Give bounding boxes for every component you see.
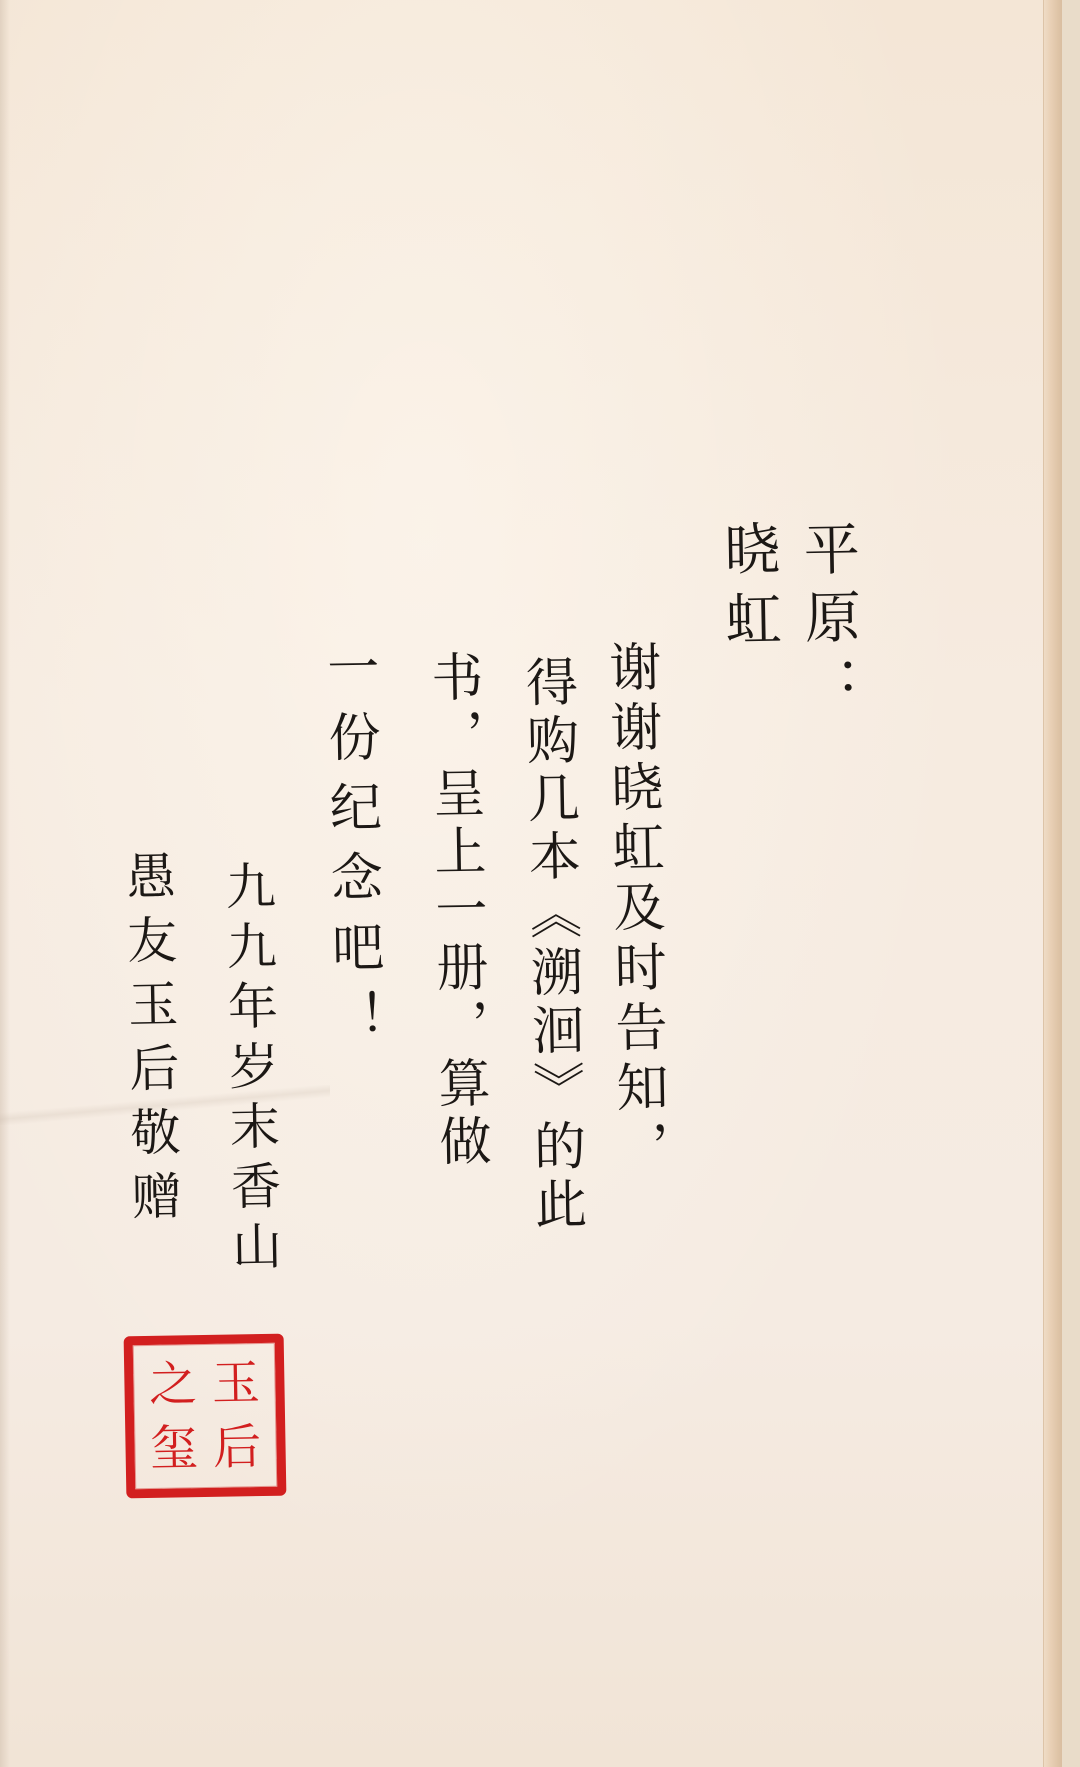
binding-shadow [0,0,10,1767]
page-edge [1043,0,1062,1767]
inscription-body-line-3: 书，呈上一册，算做 [425,650,486,1173]
seal-char-3: 之 [141,1352,205,1417]
inscription-body-line-1: 谢谢晓虹及时告知， [603,640,664,1181]
red-seal-stamp: 玉 后 之 玺 [124,1334,287,1499]
inscription-body-line-2: 得购几本《溯洄》的此 [520,655,582,1236]
inscription-body-line-4: 一份纪念吧！ [321,640,380,1061]
inscription-date: 九九年岁末香山 [221,860,278,1281]
recipient-line-2: 晓虹 [719,520,777,661]
inscription-signature: 愚友玉后敬赠 [122,850,179,1235]
seal-char-4: 玺 [142,1416,206,1481]
recipient-line-1: 平原： [798,520,858,725]
seal-char-1: 玉 [204,1351,268,1416]
seal-characters: 玉 后 之 玺 [141,1351,269,1481]
book-flyleaf-page: 平原： 晓虹 谢谢晓虹及时告知， 得购几本《溯洄》的此 书，呈上一册，算做 一份… [0,0,1062,1767]
seal-char-2: 后 [205,1415,269,1480]
